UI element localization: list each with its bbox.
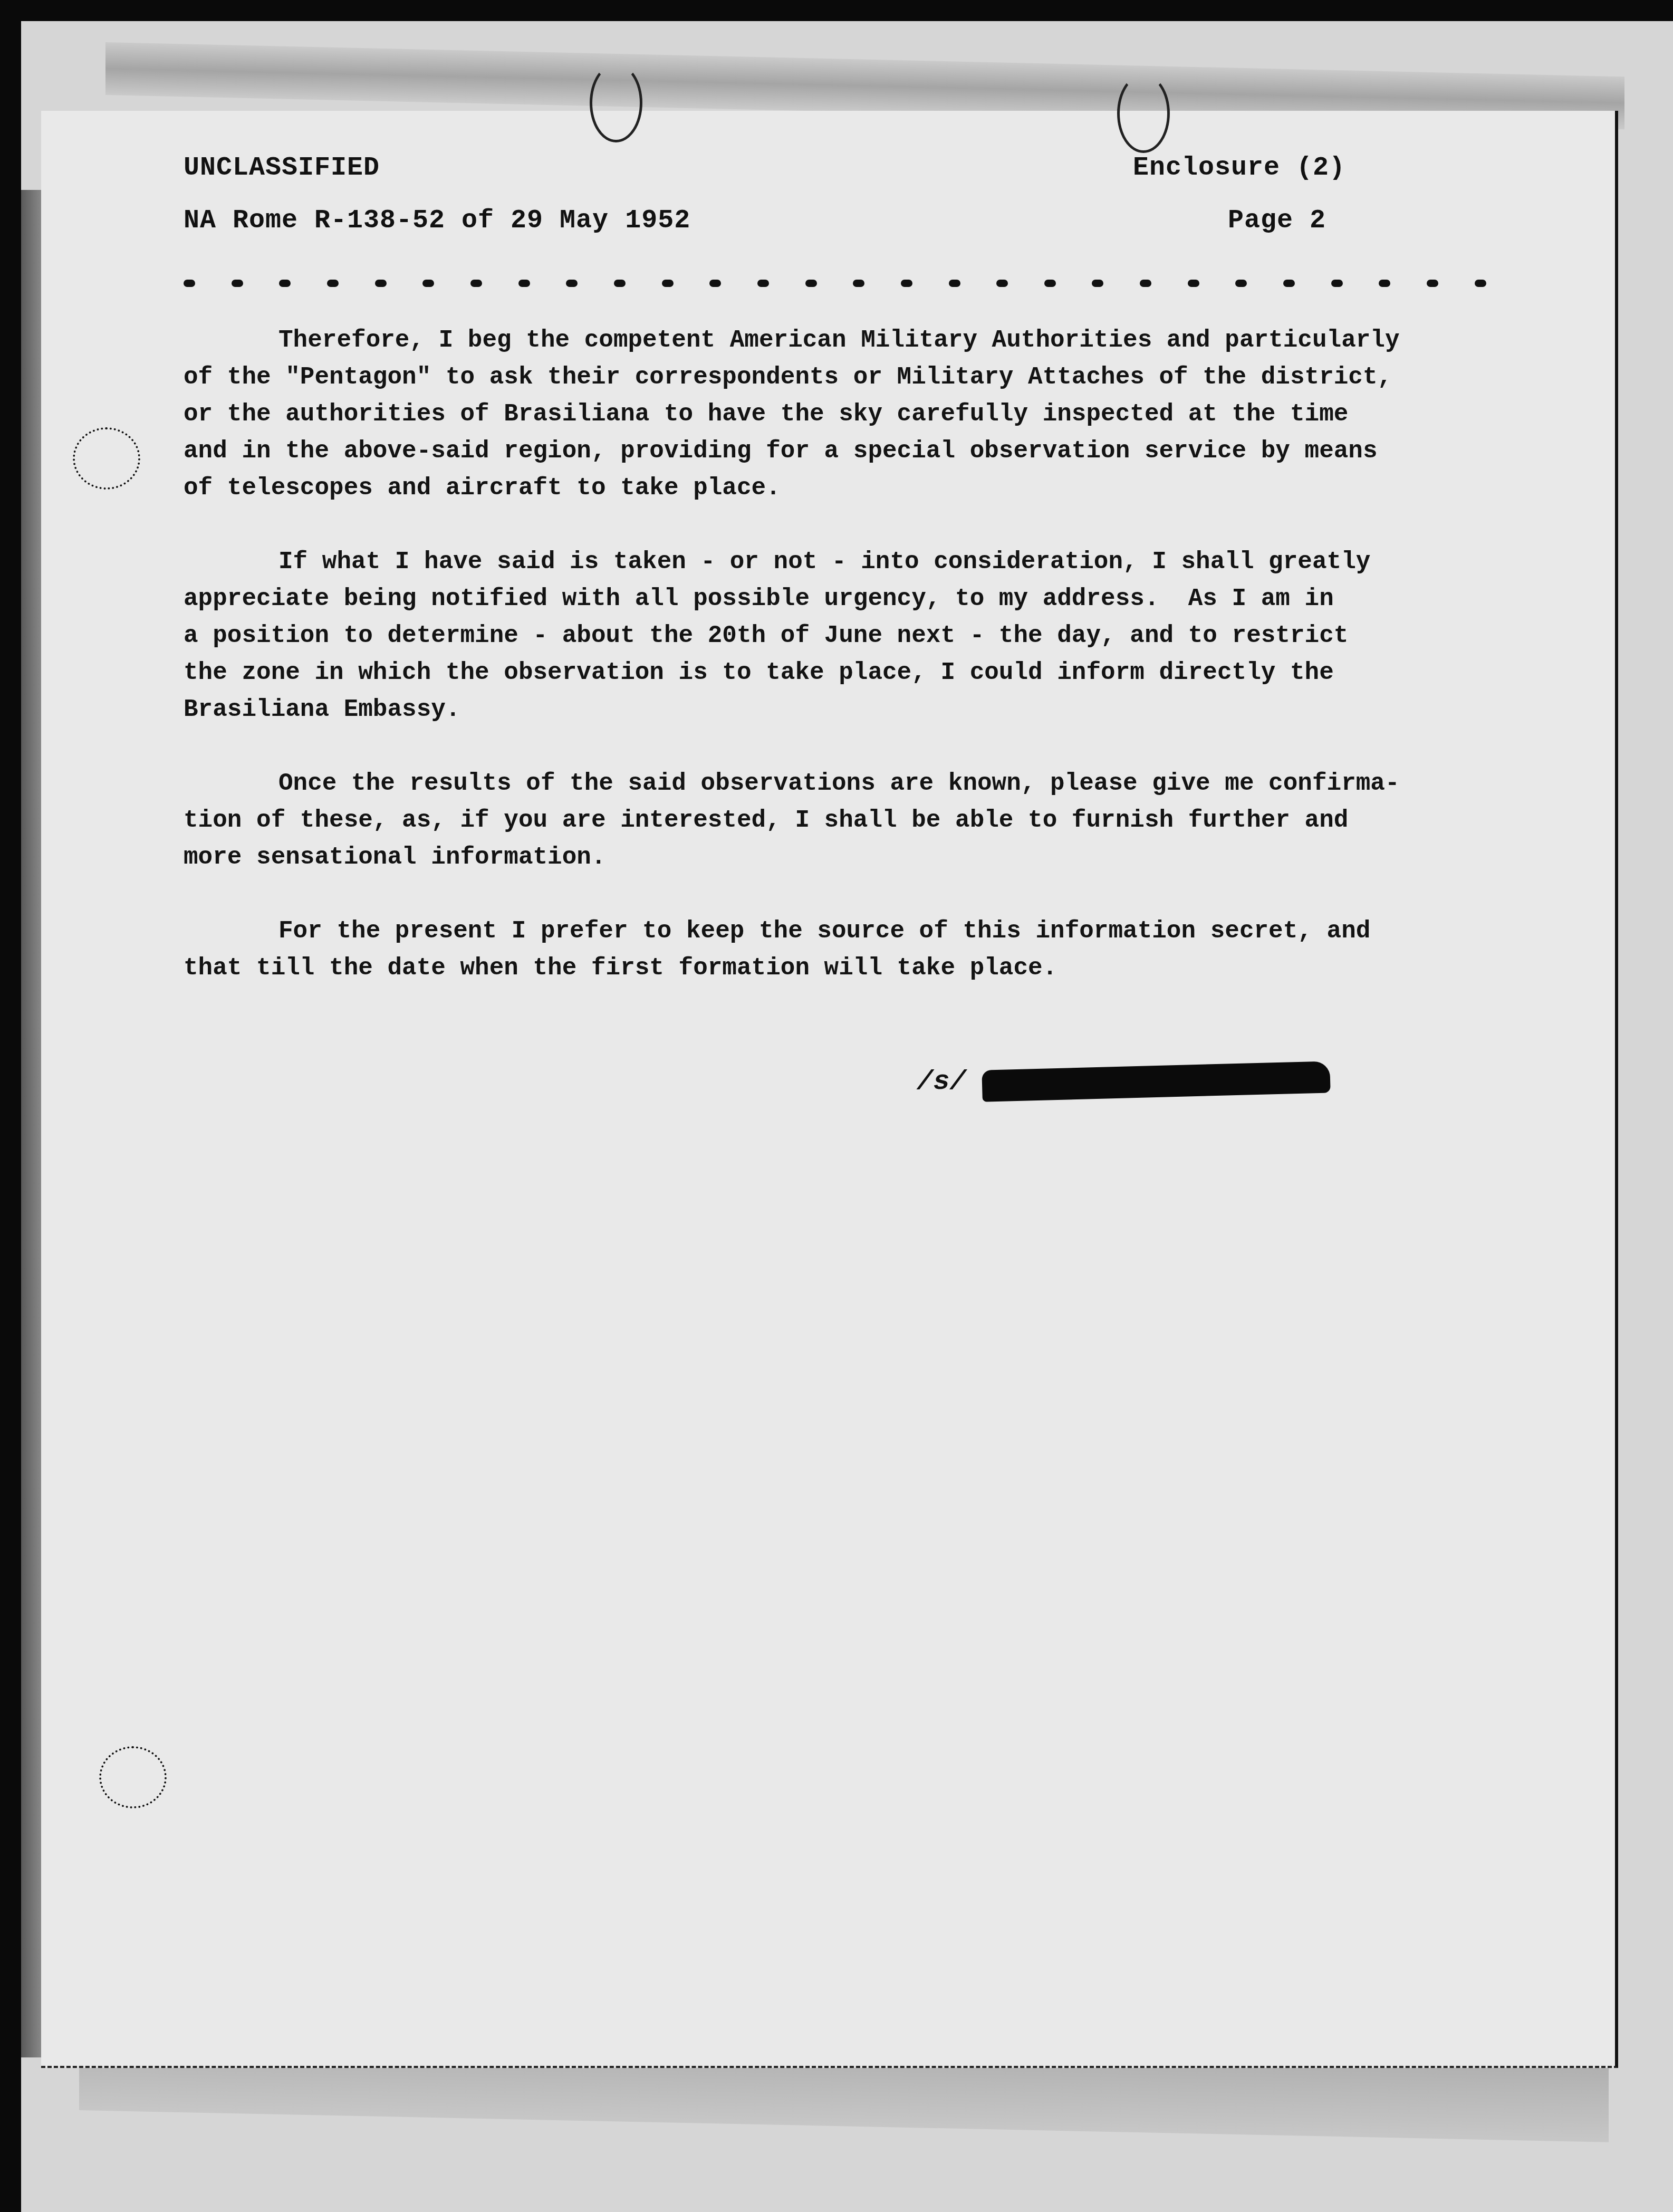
separator-dash: [422, 280, 434, 287]
separator-dash: [1475, 280, 1486, 287]
separator-dash: [279, 280, 291, 287]
separator-dash: [1427, 280, 1438, 287]
text-line: Once the results of the said observation…: [184, 765, 1513, 802]
separator-rule: [184, 280, 1486, 287]
separator-dash: [996, 280, 1008, 287]
text-line: of telescopes and aircraft to take place…: [184, 470, 1513, 506]
separator-dash: [1235, 280, 1247, 287]
letter-body: Therefore, I beg the competent American …: [184, 322, 1513, 1023]
text-line: that till the date when the first format…: [184, 950, 1513, 987]
text-line: tion of these, as, if you are interested…: [184, 802, 1513, 839]
scanner-frame-left: [0, 0, 21, 2212]
separator-dash: [901, 280, 912, 287]
separator-dash: [327, 280, 339, 287]
page-number: Page 2: [1228, 206, 1326, 236]
punch-hole-icon: [1117, 74, 1170, 153]
text-line: of the "Pentagon" to ask their correspon…: [184, 359, 1513, 396]
separator-dash: [949, 280, 960, 287]
stain-ring-icon: [99, 1746, 167, 1808]
separator-dash: [1331, 280, 1343, 287]
stain-ring-icon: [73, 427, 140, 490]
separator-dash: [757, 280, 769, 287]
separator-dash: [470, 280, 482, 287]
classification-marking: UNCLASSIFIED: [184, 153, 380, 183]
separator-dash: [566, 280, 578, 287]
separator-dash: [375, 280, 387, 287]
signature-prefix: /s/: [917, 1066, 966, 1097]
text-line: Therefore, I beg the competent American …: [184, 322, 1513, 359]
document-reference: NA Rome R-138-52 of 29 May 1952: [184, 206, 690, 236]
text-line: If what I have said is taken - or not - …: [184, 543, 1513, 580]
separator-dash: [805, 280, 817, 287]
paragraph-confirmation: Once the results of the said observation…: [184, 765, 1513, 876]
signature-block: /s/: [917, 1066, 1330, 1097]
separator-dash: [709, 280, 721, 287]
punch-hole-icon: [590, 63, 642, 142]
redaction-bar: [982, 1061, 1330, 1102]
scanner-frame-top: [21, 0, 1673, 21]
separator-dash: [1044, 280, 1056, 287]
text-line: Brasiliana Embassy.: [184, 691, 1513, 728]
enclosure-label: Enclosure (2): [1133, 153, 1345, 183]
text-line: For the present I prefer to keep the sou…: [184, 913, 1513, 950]
separator-dash: [614, 280, 626, 287]
separator-dash: [518, 280, 530, 287]
text-line: a position to determine - about the 20th…: [184, 617, 1513, 654]
separator-dash: [1283, 280, 1295, 287]
text-line: and in the above-said region, providing …: [184, 433, 1513, 470]
page-edge-shadow: [21, 190, 42, 2057]
separator-dash: [1140, 280, 1151, 287]
text-line: appreciate being notified with all possi…: [184, 580, 1513, 617]
text-line: or the authorities of Brasiliana to have…: [184, 396, 1513, 433]
document-page: UNCLASSIFIED NA Rome R-138-52 of 29 May …: [41, 111, 1618, 2068]
separator-dash: [1188, 280, 1199, 287]
paragraph-secrecy: For the present I prefer to keep the sou…: [184, 913, 1513, 987]
paragraph-notification: If what I have said is taken - or not - …: [184, 543, 1513, 728]
separator-dash: [184, 280, 195, 287]
separator-dash: [1092, 280, 1103, 287]
text-line: more sensational information.: [184, 839, 1513, 876]
separator-dash: [1379, 280, 1390, 287]
paragraph-request: Therefore, I beg the competent American …: [184, 322, 1513, 506]
separator-dash: [232, 280, 243, 287]
separator-dash: [853, 280, 864, 287]
text-line: the zone in which the observation is to …: [184, 654, 1513, 691]
separator-dash: [662, 280, 674, 287]
